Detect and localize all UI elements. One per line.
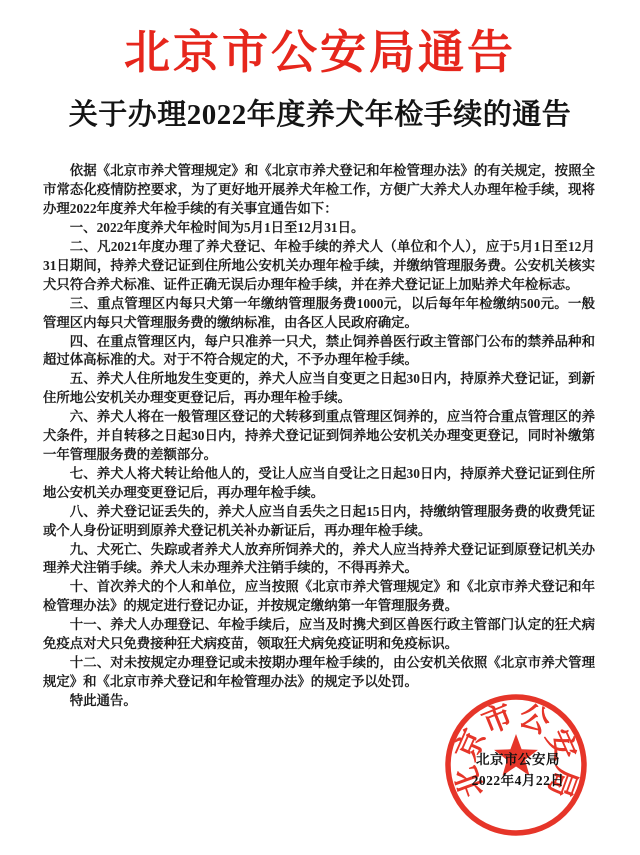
notice-subtitle: 关于办理2022年度养犬年检手续的通告 [0,100,640,132]
paragraph-item-4: 四、在重点管理区内，每户只准养一只犬，禁止饲养兽医行政主管部门公布的禁养品种和超… [43,333,595,371]
signature-issuer: 北京市公安局 [438,749,598,770]
paragraph-item-6: 六、养犬人将在一般管理区登记的犬转移到重点管理区饲养的，应当符合重点管理区的养犬… [43,408,595,465]
paragraph-item-3: 三、重点管理区内每只犬第一年缴纳管理服务费1000元，以后每年年检缴纳500元。… [43,295,595,333]
notice-body: 依据《北京市养犬管理规定》和《北京市养犬登记和年检管理办法》的有关规定，按照全市… [43,162,595,710]
paragraph-item-5: 五、养犬人住所地发生变更的，养犬人应当自变更之日起30日内，持原养犬登记证，到新… [43,370,595,408]
paragraph-item-10: 十、首次养犬的个人和单位，应当按照《北京市养犬管理规定》和《北京市养犬登记和年检… [43,578,595,616]
paragraph-item-7: 七、养犬人将犬转让给他人的，受让人应当自受让之日起30日内，持原养犬登记证到住所… [43,465,595,503]
paragraph-item-1: 一、2022年度养犬年检时间为5月1日至12月31日。 [43,219,595,238]
paragraph-item-12: 十二、对未按规定办理登记或未按期办理年检手续的，由公安机关依照《北京市养犬管理规… [43,654,595,692]
paragraph-item-11: 十一、养犬人办理登记、年检手续后，应当及时携犬到区兽医行政主管部门认定的狂犬病免… [43,616,595,654]
paragraph-intro: 依据《北京市养犬管理规定》和《北京市养犬登记和年检管理办法》的有关规定，按照全市… [43,162,595,219]
signature-block: 北京市公安局 2022年4月22日 [438,749,598,791]
page-title: 北京市公安局通告 [0,27,640,79]
paragraph-item-8: 八、养犬登记证丢失的，养犬人应当自丢失之日起15日内，持缴纳管理服务费的收费凭证… [43,503,595,541]
paragraph-item-2: 二、凡2021年度办理了养犬登记、年检手续的养犬人（单位和个人），应于5月1日至… [43,238,595,295]
signature-date: 2022年4月22日 [438,770,598,791]
paragraph-item-9: 九、犬死亡、失踪或者养犬人放弃所饲养犬的，养犬人应当持养犬登记证到原登记机关办理… [43,541,595,579]
notice-document: 北京市公安局通告 关于办理2022年度养犬年检手续的通告 依据《北京市养犬管理规… [0,0,640,855]
